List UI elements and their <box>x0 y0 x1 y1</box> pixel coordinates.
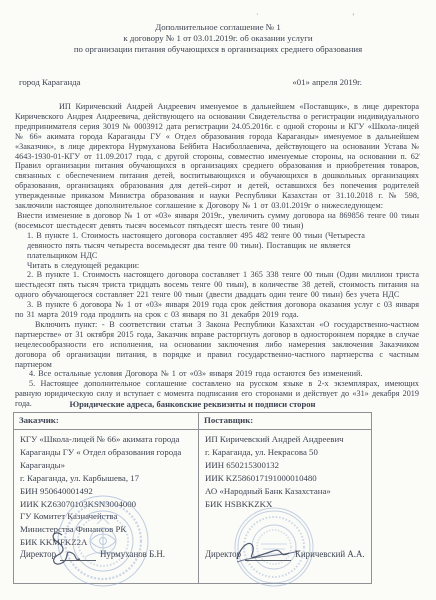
customer-bank-line-2: Министерства Финансов РК <box>20 523 192 536</box>
agreement-body: ИП Киричевский Андрей Андреевич именуемо… <box>0 102 436 409</box>
date-label: «01» апреля 2019г. <box>292 77 362 87</box>
supplier-round-seal-icon <box>233 506 315 588</box>
customer-iik: ИИК KZ63070103KSN3004000 <box>20 498 192 511</box>
supplier-director-label: Директор <box>205 548 241 561</box>
customer-bin: БИН 950640001492 <box>20 485 192 498</box>
title-line-2: к договору № 1 от 03.01.2019г. об оказан… <box>0 33 436 44</box>
supplier-header-cell: Поставщик: <box>199 413 371 430</box>
clause-2-paragraph: 2. В пункте 1. Стоимость настоящего дого… <box>15 270 419 300</box>
supplier-org-name: ИП Киричевский Андрей Андреевич <box>205 433 365 446</box>
customer-address: г. Караганда, ул. Карбышева, 17 <box>20 472 192 485</box>
supplier-bik: БИК HSBKKZKX <box>205 498 365 511</box>
requisites-heading: Юридические адреса, банковские реквизиты… <box>13 399 372 409</box>
scan-artifact: ’ <box>352 12 355 21</box>
scan-artifact: · <box>256 10 259 19</box>
supplier-iin: ИИН 650215300132 <box>205 459 365 472</box>
city-label: город Караганда <box>19 77 81 87</box>
scan-artifact: ’ <box>418 152 421 161</box>
supplier-address: г. Караганда, ул. Некрасова 50 <box>205 446 365 459</box>
amendment-sum-paragraph: Внести изменение в договор № 1 от «03» я… <box>15 211 419 231</box>
include-clause-paragraph: Включить пункт: - В соответствии статьи … <box>15 320 419 370</box>
supplier-bank: АО «Народный Банк Казахстана» <box>205 485 365 498</box>
customer-signature-line <box>60 560 96 561</box>
supplier-signature-row: Директор Киричевский А.А. <box>205 548 367 561</box>
supplier-cell: ИП Киричевский Андрей Андреевич г. Караг… <box>199 430 371 583</box>
requisites-table: Заказчик: Поставщик: КГУ «Школа-лицей № … <box>13 412 372 584</box>
customer-director-name: Нурмуханов Б.Н. <box>100 548 165 561</box>
supplier-iik: ИИК KZ586017191000010480 <box>205 472 365 485</box>
clause-1-paragraph: 1. В пункте 1. Стоимость настоящего дого… <box>27 231 379 261</box>
customer-header-cell: Заказчик: <box>14 413 199 430</box>
customer-signature-row: Директор Нурмуханов Б.Н. <box>20 548 194 561</box>
city-date-row: город Караганда «01» апреля 2019г. <box>0 77 436 87</box>
supplier-signature-line <box>245 560 291 561</box>
preamble-paragraph: ИП Киричевский Андрей Андреевич именуемо… <box>15 102 419 211</box>
customer-director-label: Директор <box>20 548 56 561</box>
scanned-agreement-page: Дополнительное соглашение № 1 к договору… <box>0 0 436 600</box>
document-title: Дополнительное соглашение № 1 к договору… <box>0 0 436 55</box>
read-as-follows-line: Читать в следующей редакции: <box>27 261 419 271</box>
customer-cell: КГУ «Школа-лицей № 66» акимата города Ка… <box>14 430 199 583</box>
clause-3-paragraph: 3. В пункте 6 договора № 1 от «03» январ… <box>15 300 419 320</box>
customer-org-name: КГУ «Школа-лицей № 66» акимата города Ка… <box>20 433 192 472</box>
supplier-director-name: Киричевский А.А. <box>295 548 365 561</box>
title-line-3: по организации питания обучающихся в орг… <box>0 44 436 55</box>
clause-4-paragraph: 4. Все остальные условия Договора № 1 от… <box>15 369 419 379</box>
customer-bank-line-1: ГУ Комитет Казначейства <box>20 510 192 523</box>
title-line-1: Дополнительное соглашение № 1 <box>0 22 436 33</box>
